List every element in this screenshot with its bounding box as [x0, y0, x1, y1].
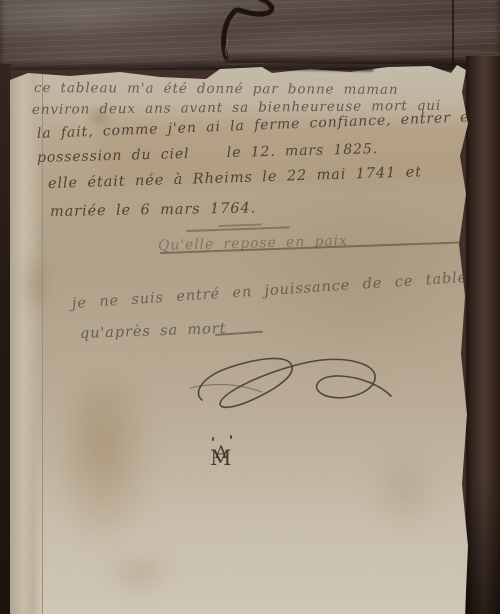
ink-dash: [218, 223, 262, 226]
stain: [370, 444, 440, 534]
ink-mark: [212, 437, 215, 441]
interlaced-monogram: M A: [210, 444, 250, 478]
frame-corner-joint: [452, 0, 454, 66]
inscription-line: mariée le 6 mars 1764.: [50, 200, 256, 220]
inscription-line: je ne suis entré en jouissance de ce tab…: [71, 268, 487, 312]
hanging-hook-icon: [195, 0, 305, 66]
inscription-line: ce tableau m'a été donné par bonne maman: [34, 80, 399, 98]
photo-painting-verso: ce tableau m'a été donné par bonne maman…: [0, 0, 500, 614]
inscription-line: qu'après sa mort: [80, 321, 227, 342]
paper-backing: ce tableau m'a été donné par bonne maman…: [10, 64, 478, 614]
ink-dash: [186, 226, 290, 231]
frame-right-rail: [466, 56, 500, 614]
tape-strip: [10, 64, 43, 614]
stain: [102, 549, 177, 597]
ink-flourish-scribble: [188, 342, 403, 422]
monogram-letter-a: A: [215, 445, 227, 462]
ink-mark: [230, 435, 233, 439]
stain: [60, 380, 155, 555]
